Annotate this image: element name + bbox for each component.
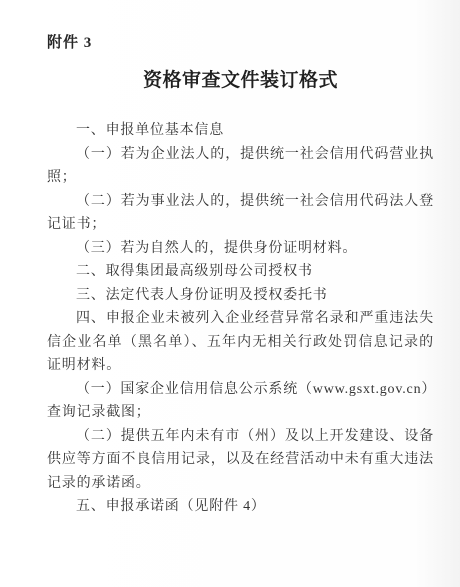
text-line: 一、申报单位基本信息 [47,119,434,143]
text-line: 信企业名单（黑名单）、五年内无相关行政处罚信息记录的 [47,331,434,355]
document-page: 附件 3 资格审查文件装订格式 一、申报单位基本信息（一）若为企业法人的，提供统… [0,0,460,587]
document-body: 一、申报单位基本信息（一）若为企业法人的，提供统一社会信用代码营业执照；（二）若… [47,119,434,519]
text-line: 照； [47,166,434,190]
text-line: （一）若为企业法人的，提供统一社会信用代码营业执 [47,143,434,167]
text-line: （三）若为自然人的，提供身份证明材料。 [47,237,434,261]
text-line: 三、法定代表人身份证明及授权委托书 [47,284,434,308]
text-line: 记证书； [47,213,434,237]
text-line: 二、取得集团最高级别母公司授权书 [47,260,434,284]
text-line: 查询记录截图； [47,401,434,425]
text-line: 供应等方面不良信用记录，以及在经营活动中未有重大违法 [47,448,434,472]
text-line: 四、申报企业未被列入企业经营异常名录和严重违法失 [47,307,434,331]
document-title: 资格审查文件装订格式 [47,67,434,95]
text-line: （一）国家企业信用信息公示系统（www.gsxt.gov.cn） [47,378,434,402]
text-line: （二）提供五年内未有市（州）及以上开发建设、设备 [47,425,434,449]
text-line: （二）若为事业法人的，提供统一社会信用代码法人登 [47,190,434,214]
text-line: 证明材料。 [47,354,434,378]
attachment-label: 附件 3 [47,34,434,52]
text-line: 记录的承诺函。 [47,472,434,496]
text-line: 五、申报承诺函（见附件 4） [47,495,434,519]
